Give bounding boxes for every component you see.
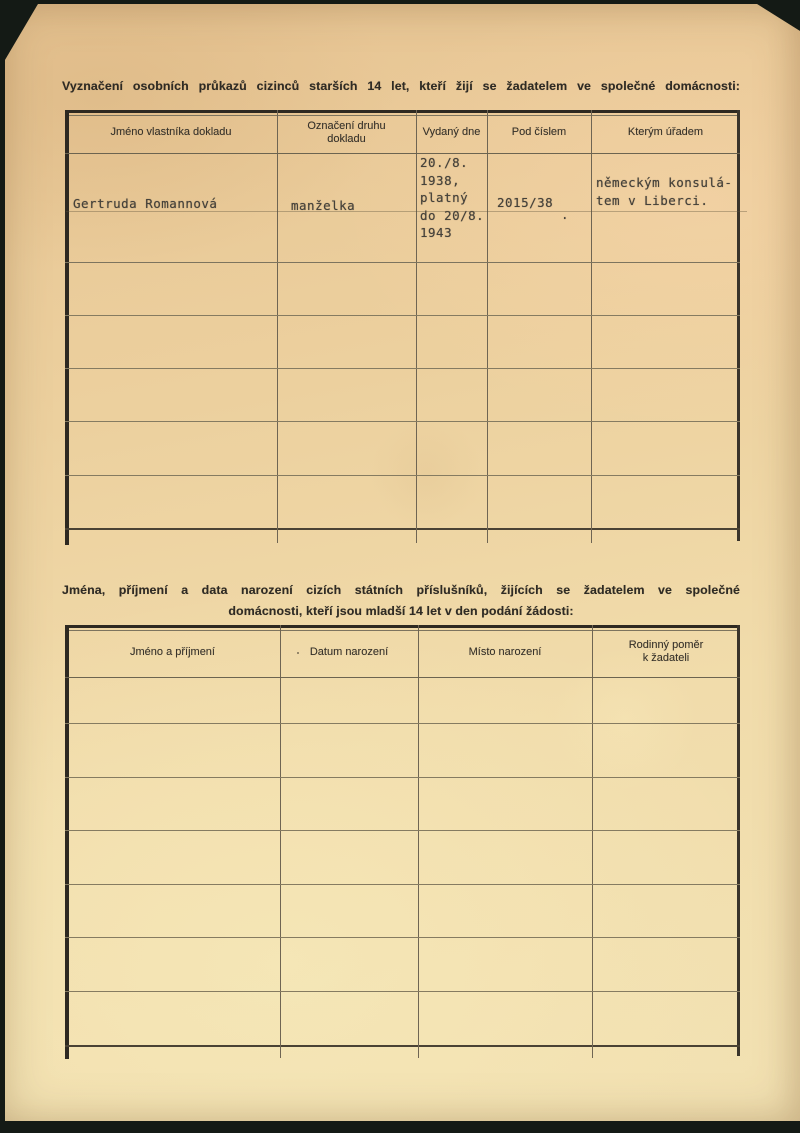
table-border-left <box>65 625 69 1059</box>
entry-number-dot: . <box>561 206 569 224</box>
column-header-birth-date: Datum narození <box>280 646 418 659</box>
grid-line <box>65 884 740 885</box>
paper-crease <box>66 211 747 212</box>
column-header-name: Jméno a příjmení <box>65 646 280 659</box>
grid-line <box>592 625 593 1058</box>
table-border-bottom <box>65 528 740 530</box>
grid-line <box>418 625 419 1058</box>
entry-issued-date: 20./8. 1938, platný do 20/8. 1943 <box>420 154 484 242</box>
entry-owner-name: Gertruda Romannová <box>73 195 217 213</box>
grid-line <box>65 723 740 724</box>
grid-line <box>65 830 740 831</box>
grid-line <box>65 937 740 938</box>
grid-line <box>65 475 740 476</box>
grid-line <box>416 110 417 543</box>
grid-line <box>65 315 740 316</box>
ink-speck <box>297 652 299 654</box>
column-header-number: Pod číslem <box>487 126 591 139</box>
grid-line <box>65 421 740 422</box>
entry-number: 2015/38 <box>497 194 553 212</box>
grid-line <box>65 991 740 992</box>
column-header-owner: Jméno vlastníka dokladu <box>65 126 277 139</box>
column-header-authority: Kterým úřadem <box>591 126 740 139</box>
grid-line <box>487 110 488 543</box>
column-header-issued: Vydaný dne <box>416 126 487 139</box>
grid-line <box>65 777 740 778</box>
table2-caption: Jména, příjmení a data narození cizích s… <box>62 580 740 622</box>
documents-table: Jméno vlastníka dokladu Označení druhu d… <box>65 110 740 558</box>
table-border-bottom <box>65 1045 740 1047</box>
table-border-right <box>737 110 740 541</box>
grid-line <box>65 262 740 263</box>
grid-line <box>280 625 281 1058</box>
table-border-top-inner <box>65 630 740 631</box>
table1-caption: Vyznačení osobních průkazů cizinců starš… <box>62 79 740 93</box>
grid-line <box>65 153 740 154</box>
grid-line <box>65 677 740 678</box>
grid-line <box>591 110 592 543</box>
table-border-top <box>65 110 740 113</box>
entry-authority: německým konsulá- tem v Liberci. <box>596 174 732 209</box>
column-header-relation: Rodinný poměr k žadateli <box>592 639 740 665</box>
grid-line <box>277 110 278 543</box>
table-border-top-inner <box>65 115 740 116</box>
column-header-birth-place: Místo narození <box>418 646 592 659</box>
table-border-left <box>65 110 69 545</box>
table2-caption-line2: domácnosti, kteří jsou mladší 14 let v d… <box>62 601 740 622</box>
grid-line <box>65 368 740 369</box>
table2-caption-line1: Jména, příjmení a data narození cizích s… <box>62 580 740 601</box>
table-border-top <box>65 625 740 628</box>
column-header-doc-type: Označení druhu dokladu <box>277 120 416 146</box>
children-table: Jméno a příjmení Datum narození Místo na… <box>65 625 740 1071</box>
